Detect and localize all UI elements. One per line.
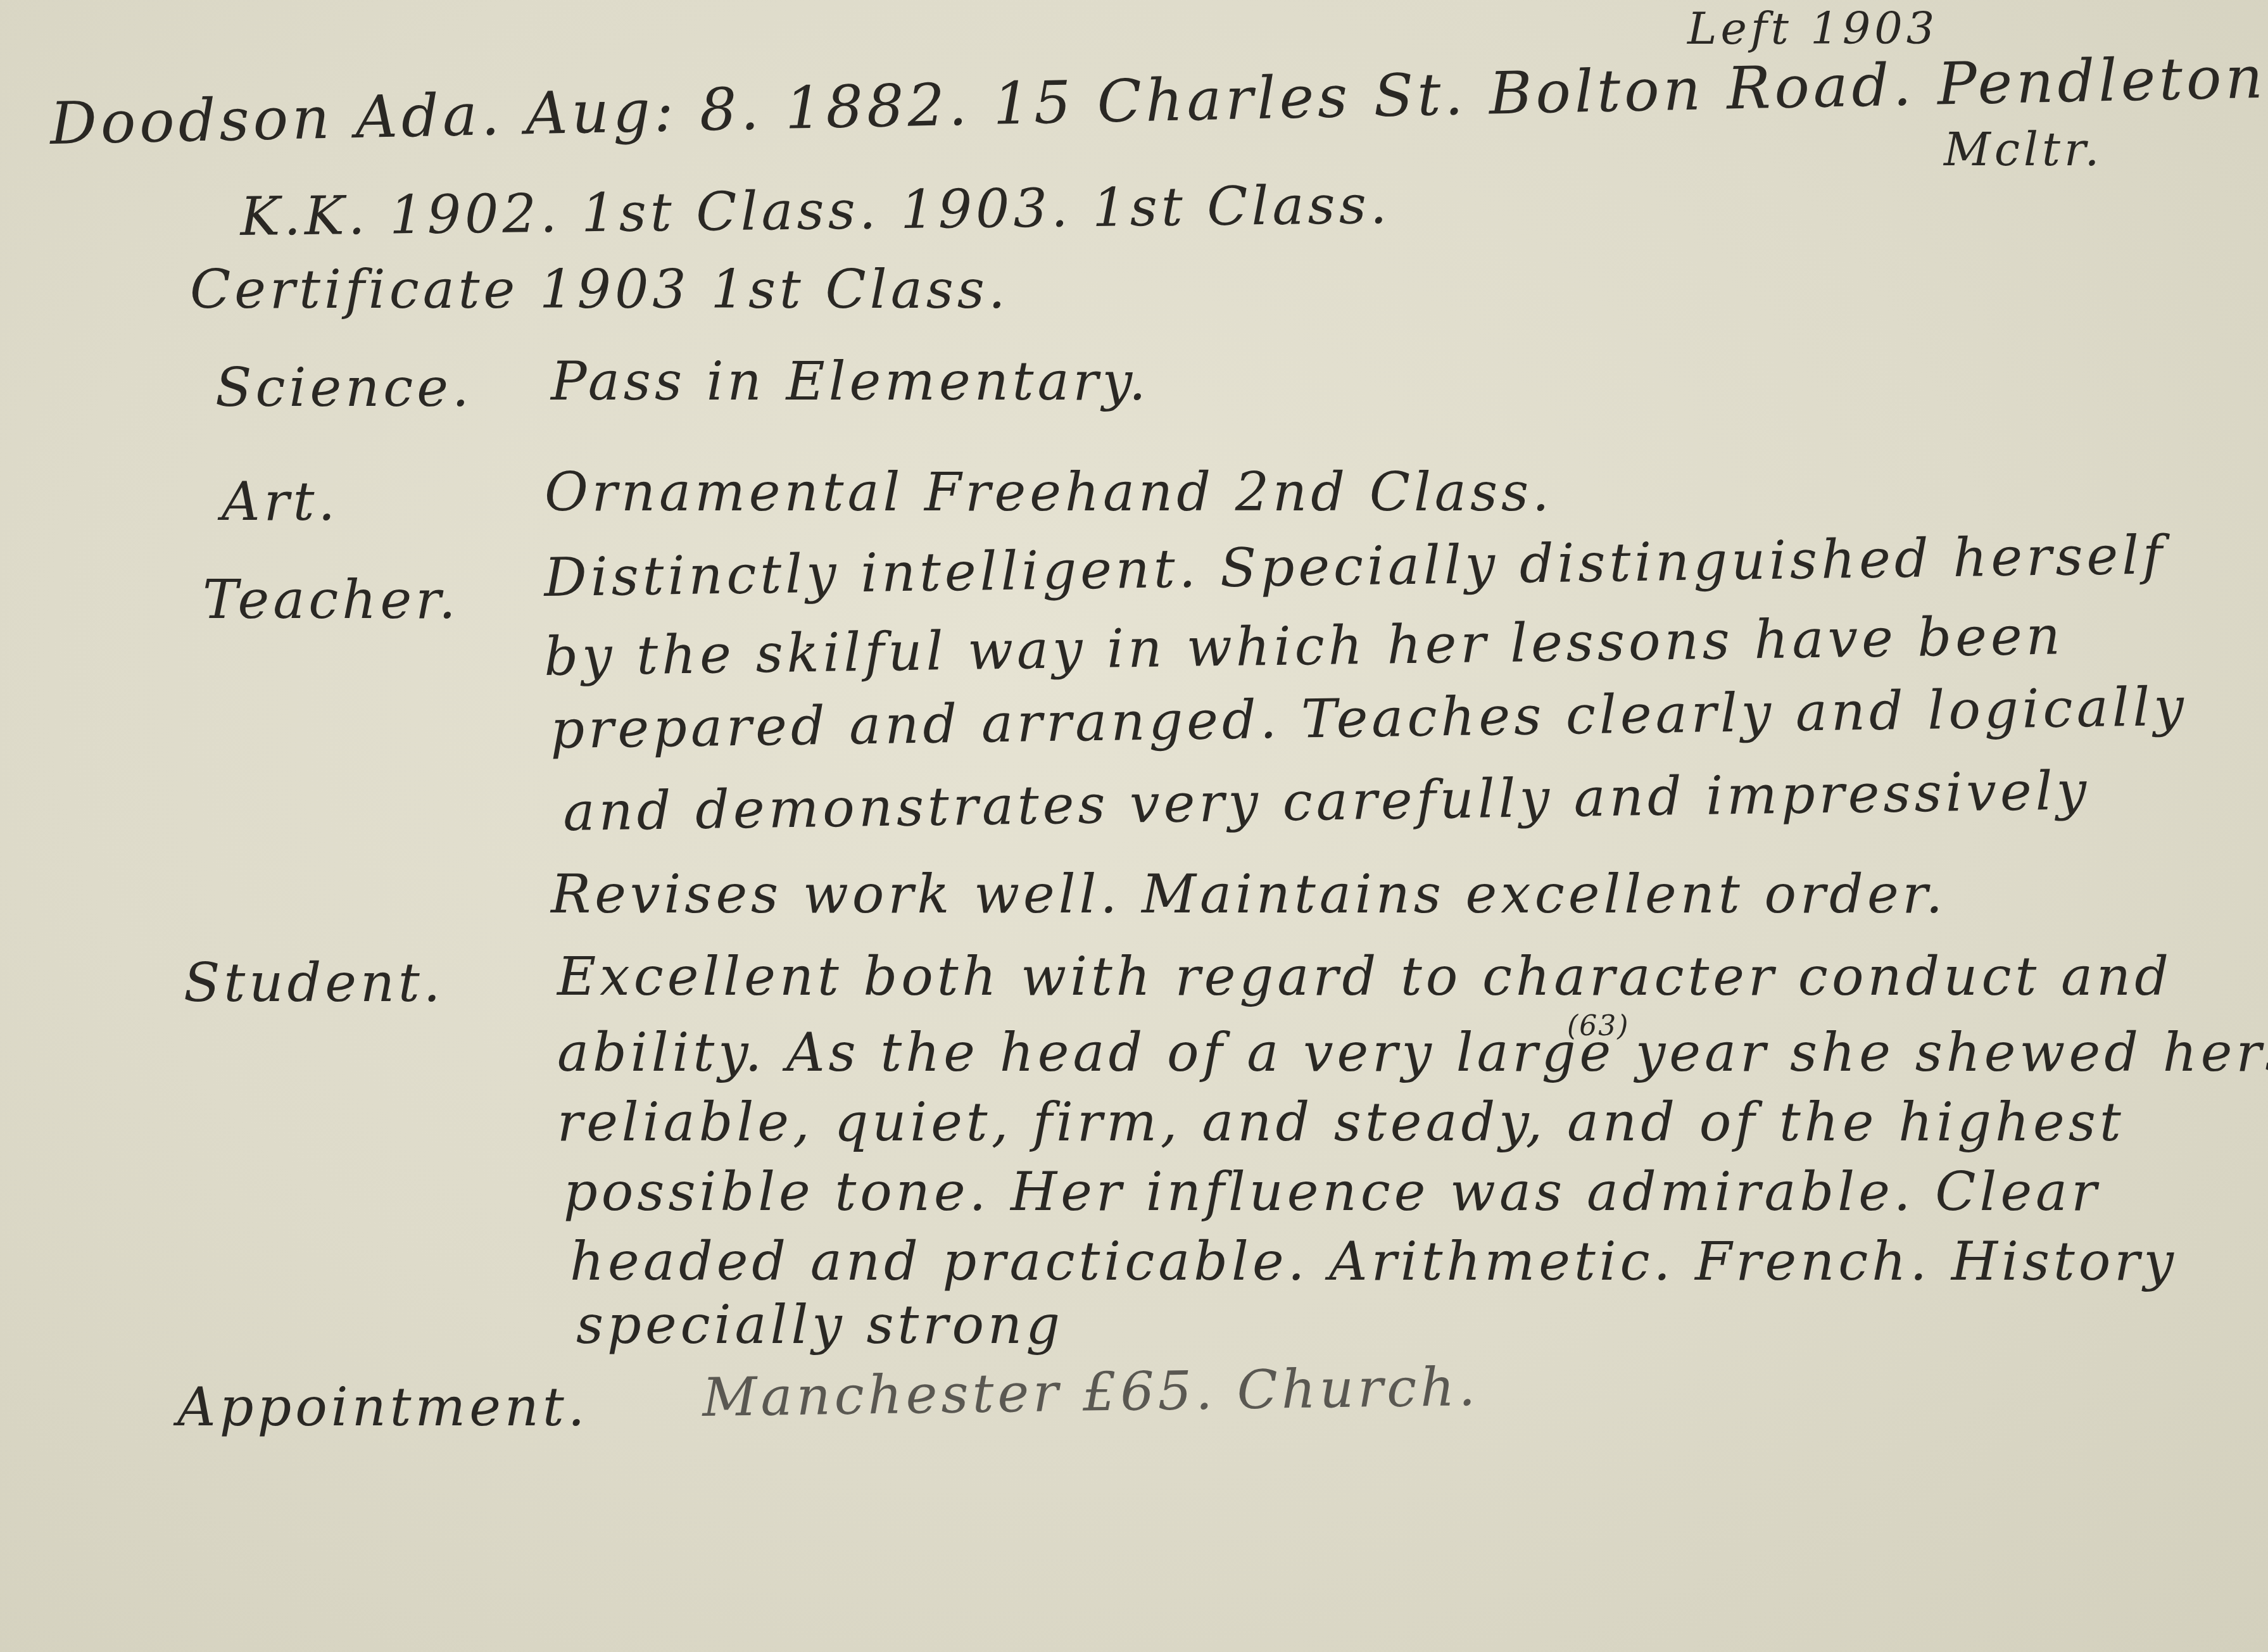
student-line-5: headed and practicable. Arithmetic. Fren… <box>570 1235 2177 1288</box>
header-line: Doodson Ada. Aug: 8. 1882. 15 Charles St… <box>49 49 2267 153</box>
teacher-line-1: Distinctly intelligent. Specially distin… <box>544 528 2167 604</box>
teacher-line-5: Revises work well. Maintains excellent o… <box>551 867 1946 921</box>
appointment-value: Manchester £65. Church. <box>702 1360 1480 1424</box>
handwritten-record-page: Left 1903 Doodson Ada. Aug: 8. 1882. 15 … <box>0 0 2268 1652</box>
teacher-line-3: prepared and arranged. Teaches clearly a… <box>550 680 2188 756</box>
left-date-note: Left 1903 <box>1687 6 1938 51</box>
science-label: Science. <box>215 361 473 414</box>
student-line-2: ability. As the head of a very large yea… <box>557 1026 2268 1079</box>
certificate-line: Certificate 1903 1st Class. <box>190 263 1009 316</box>
student-line-4: possible tone. Her influence was admirab… <box>564 1165 2100 1218</box>
kk-line: K.K. 1902. 1st Class. 1903. 1st Class. <box>240 178 1391 243</box>
student-line-6: specially strong <box>576 1298 1064 1351</box>
student-line-3: reliable, quiet, firm, and steady, and o… <box>557 1095 2125 1149</box>
teacher-line-4: and demonstrates very carefully and impr… <box>563 764 2091 838</box>
appointment-label: Appointment. <box>177 1380 588 1434</box>
art-label: Art. <box>222 475 339 528</box>
science-value: Pass in Elementary. <box>551 355 1150 408</box>
teacher-line-2: by the skilful way in which her lessons … <box>544 608 2064 683</box>
student-line-1: Excellent both with regard to character … <box>557 950 2172 1003</box>
teacher-label: Teacher. <box>203 573 460 626</box>
art-value: Ornamental Freehand 2nd Class. <box>545 465 1553 519</box>
student-label: Student. <box>184 956 444 1009</box>
header-sub-note: Mcltr. <box>1944 127 2103 172</box>
